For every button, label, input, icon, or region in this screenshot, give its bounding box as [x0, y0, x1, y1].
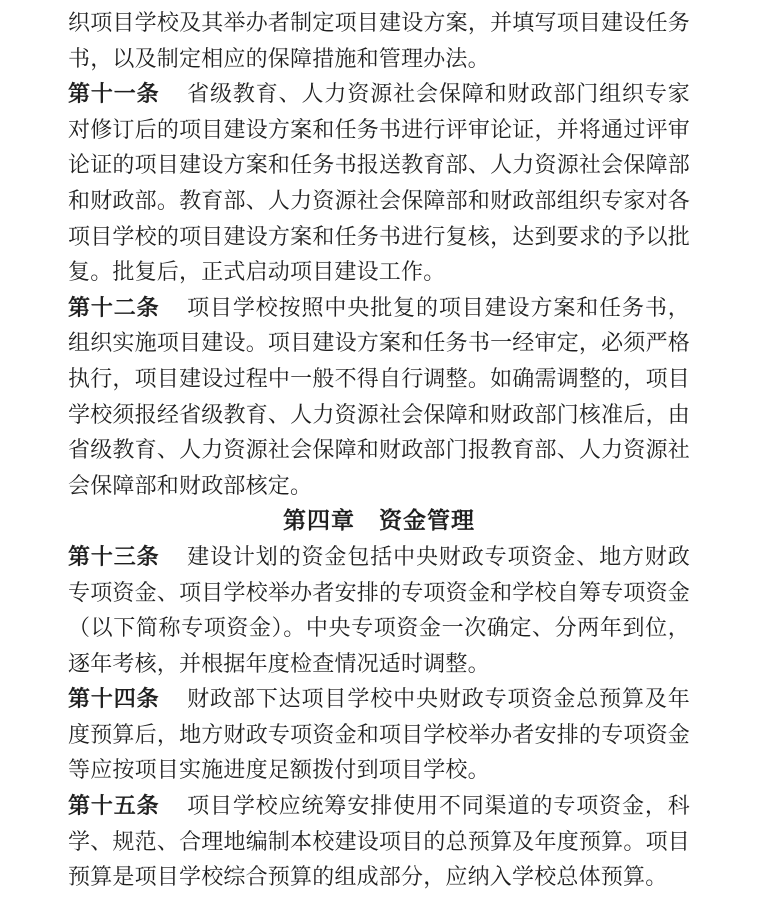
article-13-text: 建设计划的资金包括中央财政专项资金、地方财政专项资金、项目学校举办者安排的专项资…: [68, 544, 690, 676]
article-12-text: 项目学校按照中央批复的项目建设方案和任务书，组织实施项目建设。项目建设方案和任务…: [68, 295, 690, 498]
article-15-number: 第十五条: [68, 793, 160, 818]
article-14-number: 第十四条: [68, 686, 160, 711]
article-14-paragraph: 第十四条财政部下达项目学校中央财政专项资金总预算及年度预算后，地方财政专项资金和…: [68, 681, 690, 788]
continuation-paragraph: 织项目学校及其举办者制定项目建设方案，并填写项目建设任务书，以及制定相应的保障措…: [68, 5, 690, 76]
article-15-paragraph: 第十五条项目学校应统筹安排使用不同渠道的专项资金，科学、规范、合理地编制本校建设…: [68, 788, 690, 895]
article-11-number: 第十一条: [68, 81, 160, 106]
article-13-paragraph: 第十三条建设计划的资金包括中央财政专项资金、地方财政专项资金、项目学校举办者安排…: [68, 539, 690, 681]
article-12-number: 第十二条: [68, 295, 160, 320]
article-11-text: 省级教育、人力资源社会保障和财政部门组织专家对修订后的项目建设方案和任务书进行评…: [68, 81, 690, 284]
article-12-paragraph: 第十二条项目学校按照中央批复的项目建设方案和任务书，组织实施项目建设。项目建设方…: [68, 290, 690, 504]
chapter-heading: 第四章 资金管理: [68, 503, 690, 539]
document-page: 织项目学校及其举办者制定项目建设方案，并填写项目建设任务书，以及制定相应的保障措…: [0, 0, 760, 897]
article-14-text: 财政部下达项目学校中央财政专项资金总预算及年度预算后，地方财政专项资金和项目学校…: [68, 686, 690, 782]
article-15-text: 项目学校应统筹安排使用不同渠道的专项资金，科学、规范、合理地编制本校建设项目的总…: [68, 793, 690, 889]
article-13-number: 第十三条: [68, 544, 160, 569]
article-11-paragraph: 第十一条省级教育、人力资源社会保障和财政部门组织专家对修订后的项目建设方案和任务…: [68, 76, 690, 290]
